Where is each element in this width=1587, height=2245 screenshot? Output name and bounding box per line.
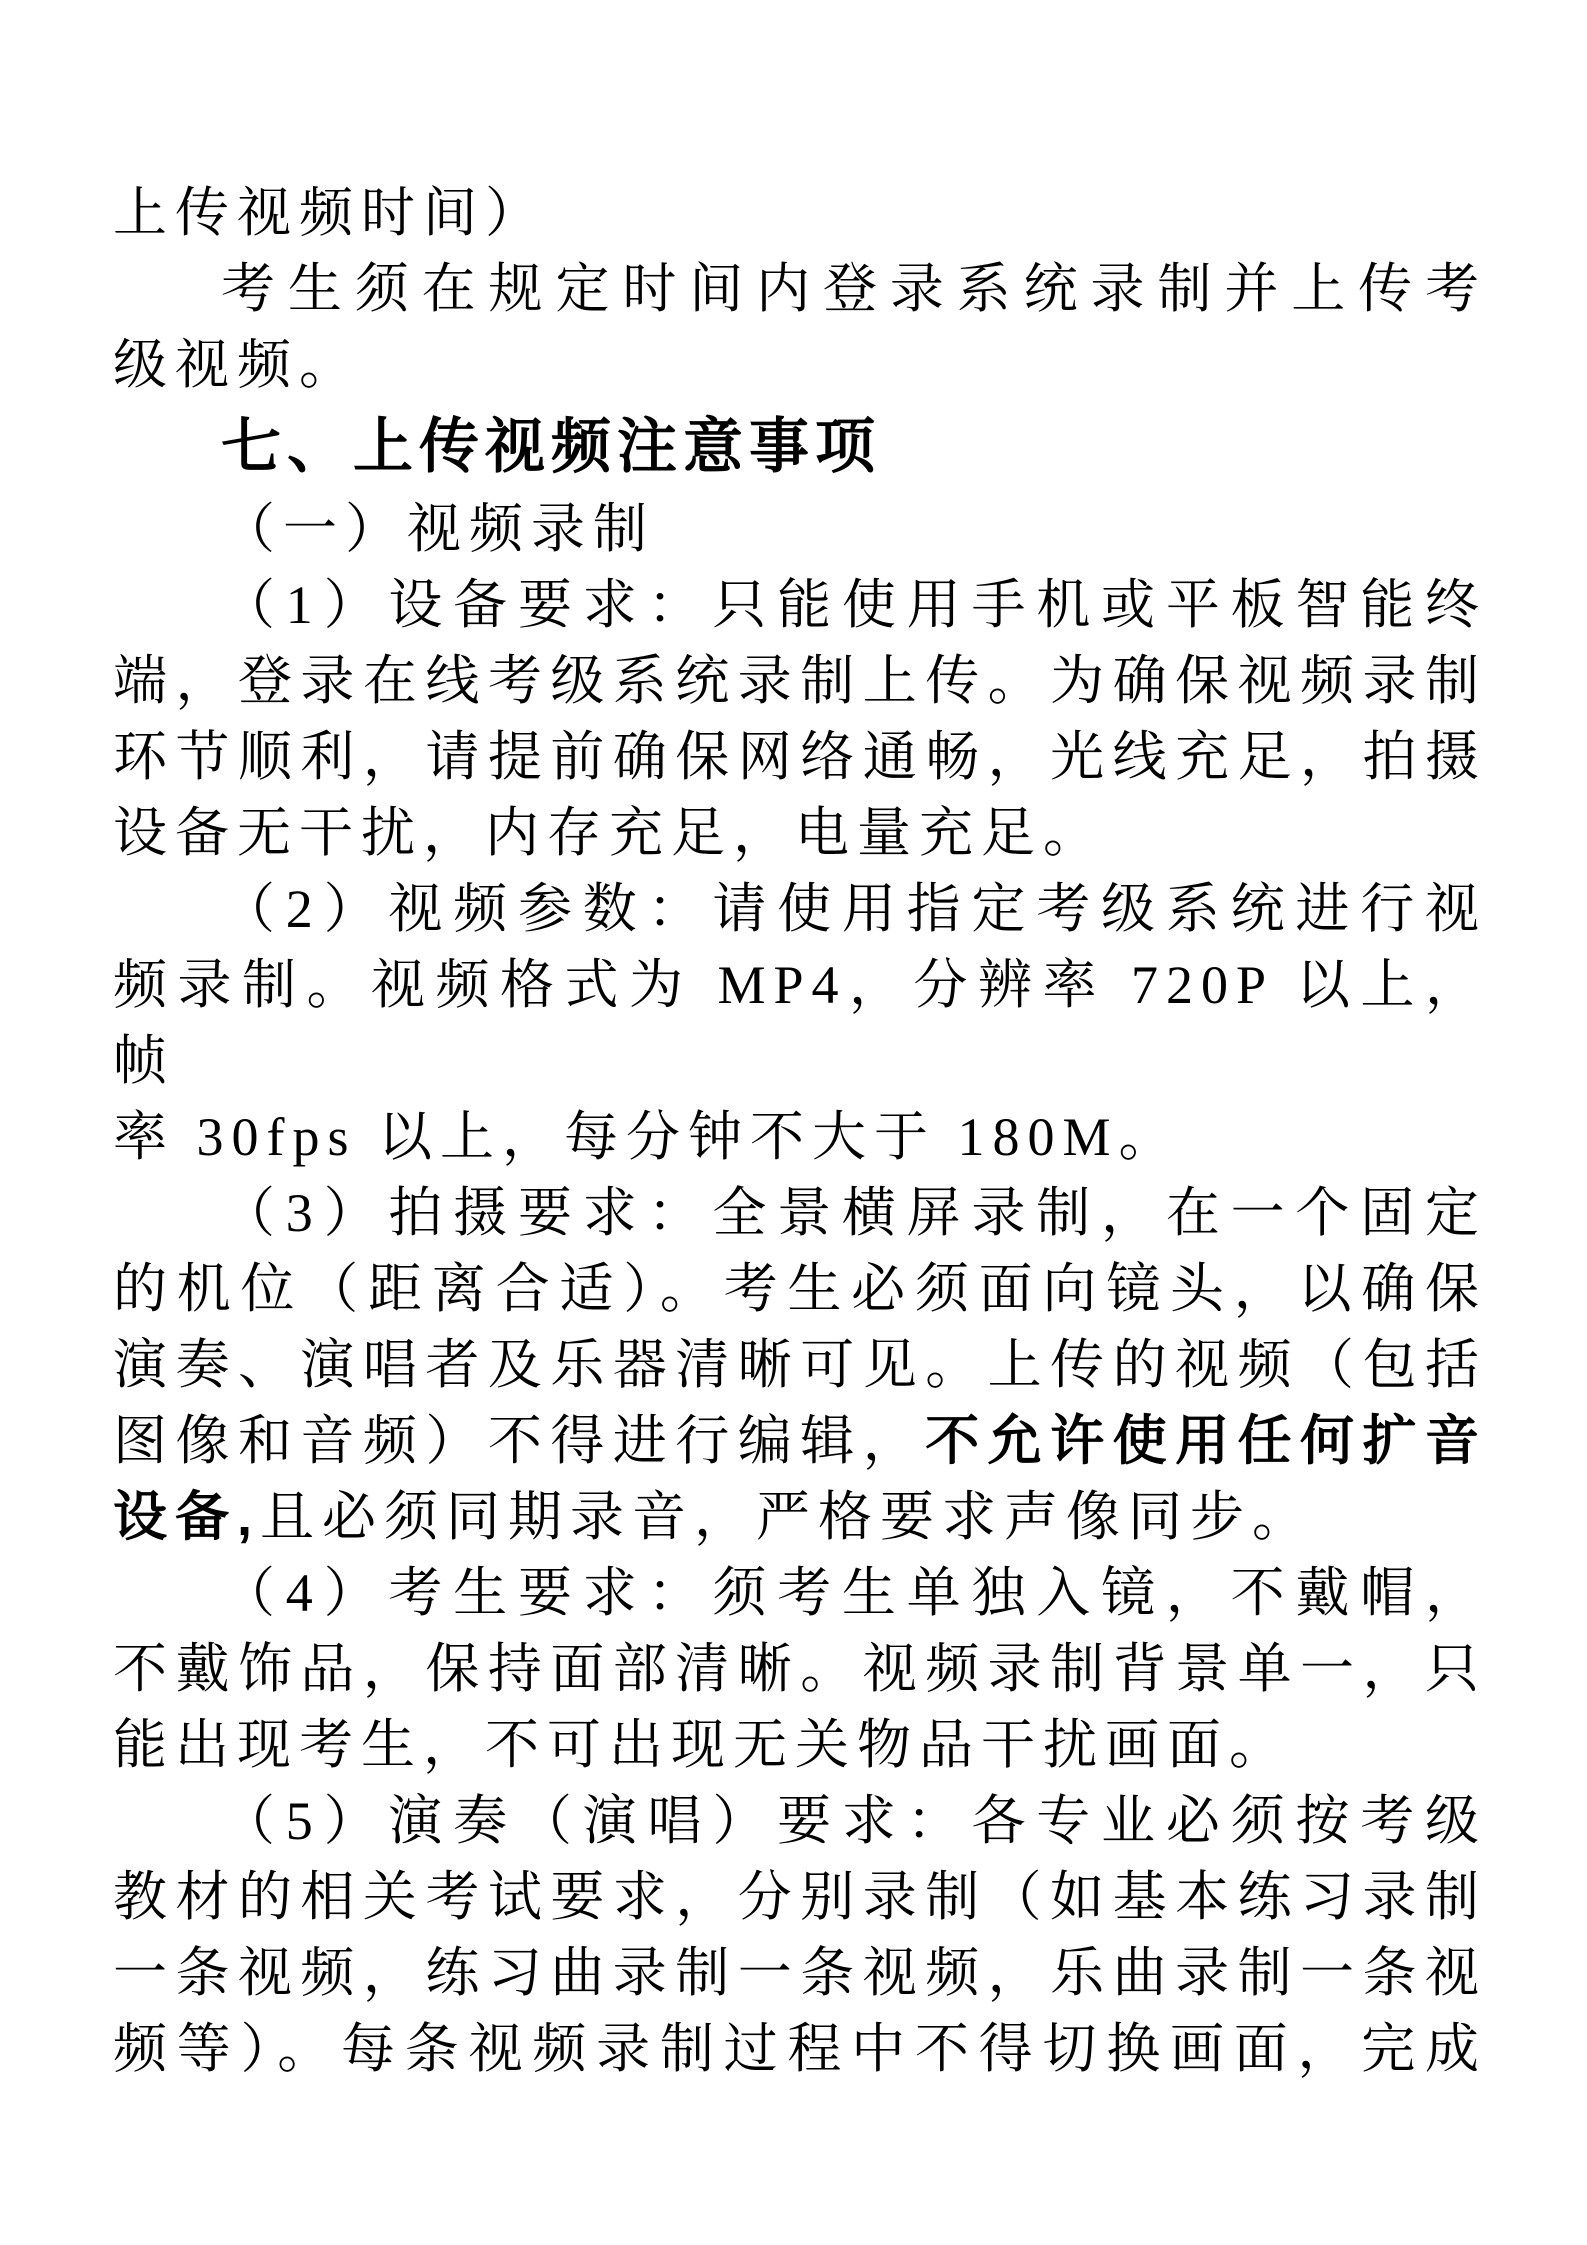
text-segment: （5）演奏（演唱）要求：各专业必须按考级: [221, 1791, 1487, 1851]
document-page: 上传视频时间）考生须在规定时间内登录系统录制并上传考级视频。七、上传视频注意事项…: [0, 0, 1587, 2245]
text-line: 频录制。视频格式为 MP4，分辨率 720P 以上，帧: [113, 947, 1487, 1099]
text-line: 演奏、演唱者及乐器清晰可见。上传的视频（包括: [113, 1327, 1487, 1403]
text-line: 频等）。每条视频录制过程中不得切换画面，完成: [113, 2011, 1487, 2087]
text-segment: 图像和音频）不得进行编辑，: [113, 1411, 925, 1471]
section-heading: 七、上传视频注意事项: [113, 403, 1487, 491]
text-segment: 率 30fps 以上，每分钟不大于 180M。: [113, 1107, 1181, 1167]
text-segment: 级视频。: [113, 335, 361, 395]
text-line: 考生须在规定时间内登录系统录制并上传考: [113, 251, 1487, 327]
document-content: 上传视频时间）考生须在规定时间内登录系统录制并上传考级视频。七、上传视频注意事项…: [113, 175, 1487, 2087]
text-segment: （4）考生要求：须考生单独入镜，不戴帽，: [221, 1563, 1487, 1623]
bold-text-segment: 不允许使用任何扩音: [925, 1411, 1487, 1471]
text-line: （5）演奏（演唱）要求：各专业必须按考级: [113, 1783, 1487, 1859]
bold-text-segment: 七、上传视频注意事项: [221, 413, 881, 480]
text-line: 设备无干扰，内存充足，电量充足。: [113, 795, 1487, 871]
text-segment: （一）视频录制: [221, 499, 655, 559]
bold-text-segment: 设备,: [113, 1487, 260, 1547]
text-line: （3）拍摄要求：全景横屏录制，在一个固定: [113, 1175, 1487, 1251]
text-line: 不戴饰品，保持面部清晰。视频录制背景单一，只: [113, 1631, 1487, 1707]
text-segment: 一条视频，练习曲录制一条视频，乐曲录制一条视: [113, 1943, 1487, 2003]
text-line: 教材的相关考试要求，分别录制（如基本练习录制: [113, 1859, 1487, 1935]
text-segment: 教材的相关考试要求，分别录制（如基本练习录制: [113, 1867, 1487, 1927]
text-segment: 的机位（距离合适）。考生必须面向镜头，以确保: [113, 1259, 1487, 1319]
text-segment: 频录制。视频格式为 MP4，分辨率 720P 以上，帧: [113, 955, 1487, 1091]
text-line: （1）设备要求：只能使用手机或平板智能终: [113, 567, 1487, 643]
text-segment: 频等）。每条视频录制过程中不得切换画面，完成: [113, 2019, 1487, 2079]
text-line: 一条视频，练习曲录制一条视频，乐曲录制一条视: [113, 1935, 1487, 2011]
text-segment: （1）设备要求：只能使用手机或平板智能终: [221, 575, 1487, 635]
text-segment: 上传视频时间）: [113, 183, 547, 243]
text-line: 级视频。: [113, 327, 1487, 403]
text-line: （4）考生要求：须考生单独入镜，不戴帽，: [113, 1555, 1487, 1631]
text-segment: 环节顺利，请提前确保网络通畅，光线充足，拍摄: [113, 727, 1487, 787]
text-segment: 能出现考生，不可出现无关物品干扰画面。: [113, 1715, 1291, 1775]
text-segment: （3）拍摄要求：全景横屏录制，在一个固定: [221, 1183, 1487, 1243]
text-line: 的机位（距离合适）。考生必须面向镜头，以确保: [113, 1251, 1487, 1327]
text-line: 率 30fps 以上，每分钟不大于 180M。: [113, 1099, 1487, 1175]
text-line: （2）视频参数：请使用指定考级系统进行视: [113, 871, 1487, 947]
text-segment: 端，登录在线考级系统录制上传。为确保视频录制: [113, 651, 1487, 711]
text-segment: 演奏、演唱者及乐器清晰可见。上传的视频（包括: [113, 1335, 1487, 1395]
text-segment: （2）视频参数：请使用指定考级系统进行视: [221, 879, 1487, 939]
text-segment: 考生须在规定时间内登录系统录制并上传考: [221, 259, 1487, 319]
text-segment: 且必须同期录音，严格要求声像同步。: [260, 1487, 1314, 1547]
text-line: 上传视频时间）: [113, 175, 1487, 251]
text-segment: 不戴饰品，保持面部清晰。视频录制背景单一，只: [113, 1639, 1487, 1699]
text-line: 图像和音频）不得进行编辑，不允许使用任何扩音: [113, 1403, 1487, 1479]
text-line: （一）视频录制: [113, 491, 1487, 567]
text-line: 能出现考生，不可出现无关物品干扰画面。: [113, 1707, 1487, 1783]
text-line: 环节顺利，请提前确保网络通畅，光线充足，拍摄: [113, 719, 1487, 795]
text-line: 设备,且必须同期录音，严格要求声像同步。: [113, 1479, 1487, 1555]
text-segment: 设备无干扰，内存充足，电量充足。: [113, 803, 1105, 863]
text-line: 端，登录在线考级系统录制上传。为确保视频录制: [113, 643, 1487, 719]
